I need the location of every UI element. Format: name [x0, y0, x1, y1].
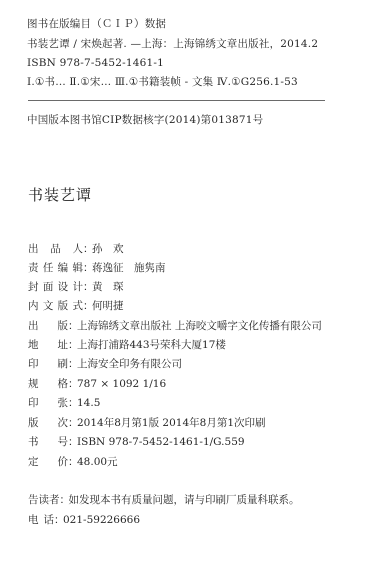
- credit-value: 何明捷: [92, 299, 124, 313]
- credit-label: 责任编辑: [28, 261, 83, 275]
- pub-value: 14.5: [77, 396, 100, 410]
- credit-producer: 出品人 ： 孙 欢: [28, 242, 124, 256]
- colon: ：: [68, 416, 77, 430]
- pub-value: 2014年8月第1版 2014年8月第1次印刷: [77, 416, 266, 430]
- credit-value: 蒋逸征 施隽南: [92, 261, 166, 275]
- colon: ：: [54, 513, 63, 527]
- colon: ：: [68, 435, 77, 449]
- pub-label: 定价: [28, 455, 68, 469]
- reader-notice: 告读者 ： 如发现本书有质量问题，请与印刷厂质量科联系。: [28, 493, 300, 507]
- pub-publisher: 出版 ： 上海锦绣文章出版社 上海咬文嚼字文化传播有限公司: [28, 319, 322, 333]
- colon: ：: [83, 299, 92, 313]
- pub-label: 地址: [28, 338, 68, 352]
- colon: ：: [68, 338, 77, 352]
- phone-number: 021-59226666: [63, 513, 140, 527]
- pub-format: 规格 ： 787 × 1092 1/16: [28, 377, 166, 391]
- colon: ：: [68, 455, 77, 469]
- pub-value: 上海安全印务有限公司: [77, 357, 182, 371]
- pub-sheets: 印张 ： 14.5: [28, 396, 100, 410]
- credit-cover-design: 封面设计 ： 黄 琛: [28, 280, 124, 294]
- colon: ：: [68, 396, 77, 410]
- credit-label: 出品人: [28, 242, 83, 256]
- credit-label: 封面设计: [28, 280, 83, 294]
- pub-price: 定价 ： 48.00元: [28, 455, 118, 469]
- pub-label: 印张: [28, 396, 68, 410]
- pub-edition: 版次 ： 2014年8月第1版 2014年8月第1次印刷: [28, 416, 266, 430]
- cip-isbn-line: ISBN 978-7-5452-1461-1: [27, 56, 164, 70]
- pub-label: 出版: [28, 319, 68, 333]
- pub-value: 上海打浦路443号荣科大厦17楼: [77, 338, 226, 352]
- colon: ：: [60, 493, 69, 507]
- pub-value: 上海锦绣文章出版社 上海咬文嚼字文化传播有限公司: [77, 319, 322, 333]
- colon: ：: [83, 280, 92, 294]
- credit-label: 内文版式: [28, 299, 83, 313]
- colon: ：: [83, 261, 92, 275]
- pub-value: 787 × 1092 1/16: [77, 377, 166, 391]
- cip-header: 图书在版编目（ＣＩＰ）数据: [27, 17, 166, 31]
- pub-isbn: 书号 ： ISBN 978-7-5452-1461-1/G.559: [28, 435, 245, 449]
- phone-label: 电话: [28, 513, 54, 527]
- cip-divider: [28, 100, 325, 101]
- notice-text: 如发现本书有质量问题，请与印刷厂质量科联系。: [69, 493, 300, 507]
- credit-value: 黄 琛: [92, 280, 124, 294]
- pub-label: 印刷: [28, 357, 68, 371]
- colon: ：: [68, 377, 77, 391]
- cip-record-number: 中国版本图书馆CIP数据核字(2014)第013871号: [27, 113, 263, 127]
- notice-label: 告读者: [28, 493, 60, 507]
- pub-label: 书号: [28, 435, 68, 449]
- credit-layout: 内文版式 ： 何明捷: [28, 299, 124, 313]
- pub-value: ISBN 978-7-5452-1461-1/G.559: [77, 435, 245, 449]
- cip-classification-line: Ⅰ.①书… Ⅱ.①宋… Ⅲ.①书籍装帧 - 文集 Ⅳ.①G256.1-53: [27, 75, 298, 89]
- cip-title-author-line: 书装艺谭 / 宋焕起著. —上海：上海锦绣文章出版社，2014.2: [27, 37, 318, 51]
- colon: ：: [68, 319, 77, 333]
- pub-label: 规格: [28, 377, 68, 391]
- pub-value: 48.00元: [77, 455, 118, 469]
- colon: ：: [83, 242, 92, 256]
- credit-editor: 责任编辑 ： 蒋逸征 施隽南: [28, 261, 166, 275]
- pub-label: 版次: [28, 416, 68, 430]
- credit-value: 孙 欢: [92, 242, 124, 256]
- copyright-page: 图书在版编目（ＣＩＰ）数据 书装艺谭 / 宋焕起著. —上海：上海锦绣文章出版社…: [0, 0, 375, 566]
- book-title: 书装艺谭: [28, 186, 92, 204]
- contact-phone: 电话 ： 021-59226666: [28, 513, 140, 527]
- colon: ：: [68, 357, 77, 371]
- pub-address: 地址 ： 上海打浦路443号荣科大厦17楼: [28, 338, 226, 352]
- pub-printer: 印刷 ： 上海安全印务有限公司: [28, 357, 182, 371]
